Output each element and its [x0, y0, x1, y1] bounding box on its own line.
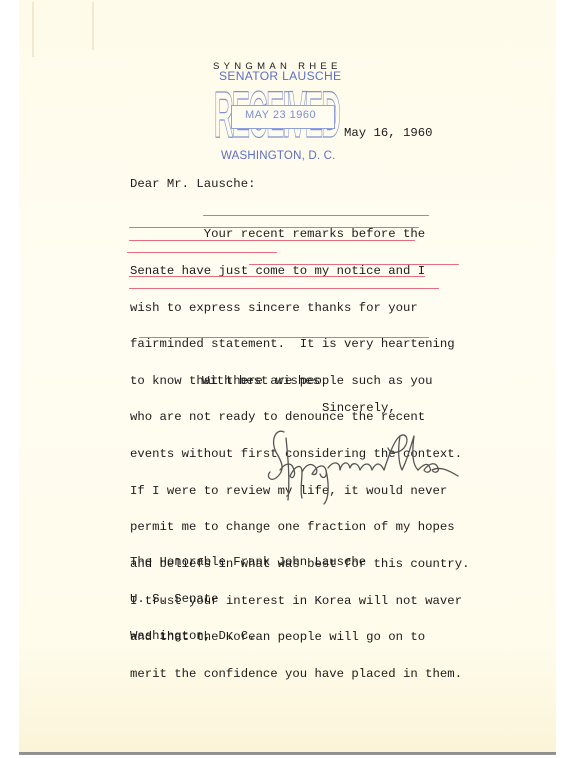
closing-sincerely: Sincerely,	[322, 402, 396, 414]
handwritten-signature	[262, 418, 462, 510]
red-underline	[203, 215, 429, 216]
red-underline	[129, 227, 419, 228]
paper-stain	[32, 2, 34, 57]
paper-stain	[92, 2, 94, 50]
red-underline	[129, 276, 425, 277]
letter-page: SYNGMAN RHEE SENATOR LAUSCHE RECEIVED MA…	[19, 0, 556, 754]
stamp-location: WASHINGTON, D. C.	[221, 150, 336, 162]
red-underline	[127, 252, 277, 253]
recipient-city: Washington, D. C.	[130, 630, 366, 642]
received-stamp: RECEIVED MAY 23 1960	[214, 87, 345, 145]
body-line: wish to express sincere thanks for your	[130, 302, 469, 314]
red-underline	[139, 337, 429, 338]
letter-date: May 16, 1960	[344, 127, 433, 139]
recipient-address: The Honorable Frank John Lausche U. S. S…	[130, 532, 366, 666]
recipient-name: The Honorable Frank John Lausche	[130, 556, 366, 568]
salutation: Dear Mr. Lausche:	[130, 178, 255, 190]
body-line: fairminded statement. It is very hearten…	[130, 338, 469, 350]
red-underline	[129, 240, 415, 241]
red-underline	[249, 264, 459, 265]
body-line: merit the confidence you have placed in …	[130, 668, 469, 680]
red-underline	[129, 288, 439, 289]
recipient-office: U. S. Senate	[130, 593, 366, 605]
closing-wishes: With best wishes.	[202, 375, 327, 387]
body-line: Your recent remarks before the	[130, 228, 469, 240]
stamp-date: MAY 23 1960	[245, 109, 316, 121]
